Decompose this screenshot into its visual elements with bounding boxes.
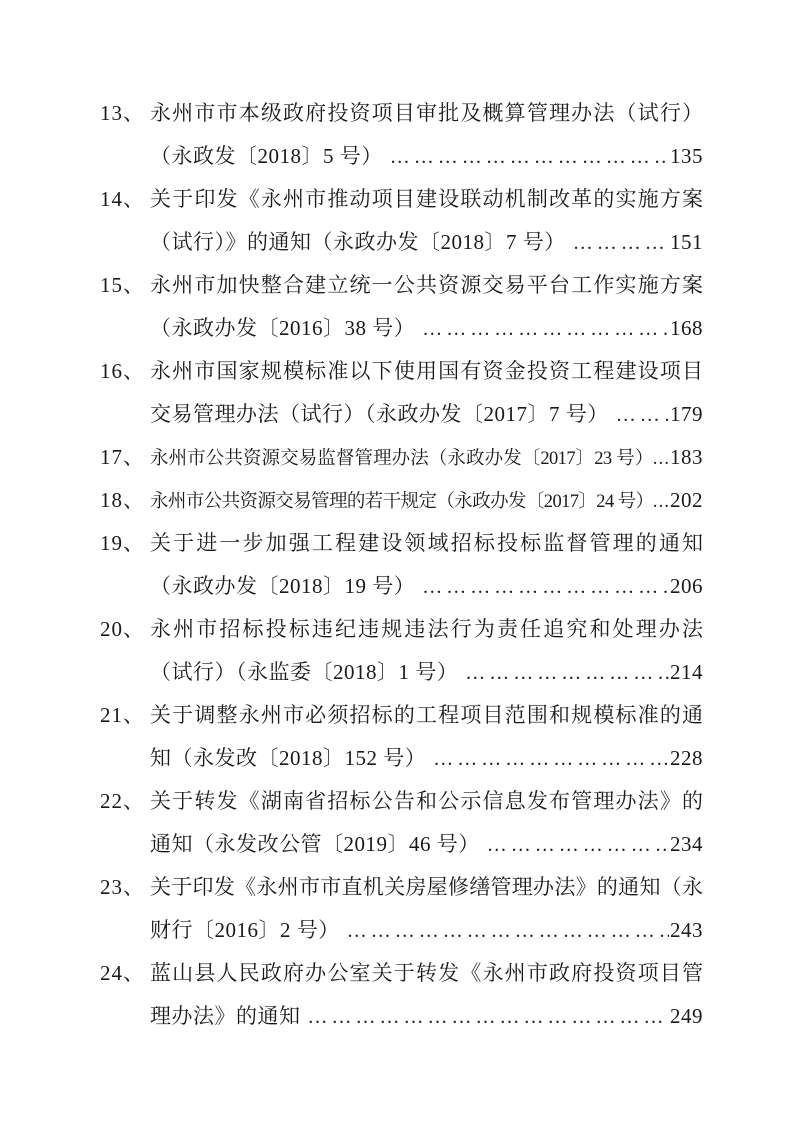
- entry-title: 关于印发《永州市市直机关房屋修缮管理办法》的通知（永: [150, 866, 703, 909]
- entry-title-line: 22、 关于转发《湖南省招标公告和公示信息发布管理办法》的: [100, 780, 703, 823]
- dot-leader: …………………………………………………………………………: [308, 996, 670, 1039]
- entry-page-number: 135: [670, 135, 703, 178]
- dot-leader: …………………………………………………………………………: [616, 394, 669, 437]
- entry-ref-line: 财行〔2016〕2 号） …………………………………………………………………………: [100, 909, 703, 952]
- toc-entry-20: 20、 永州市招标投标违纪违规违法行为责任追究和处理办法 （试行）（永监委〔20…: [100, 608, 703, 694]
- entry-ref-line: 通知（永发改公管〔2019〕46 号） ………………………………………………………: [100, 823, 703, 866]
- entry-title-line: 19、 关于进一步加强工程建设领域招标投标监督管理的通知: [100, 522, 703, 565]
- dot-leader: …………………………………………………………………………: [422, 308, 669, 351]
- entry-single-line: 17、 永州市公共资源交易监督管理办法（永政办发〔2017〕23 号） ... …: [100, 436, 703, 479]
- entry-title: 关于进一步加强工程建设领域招标投标监督管理的通知: [150, 522, 703, 565]
- entry-number: 13、: [100, 92, 150, 135]
- dot-leader: …………………………………………………………………………: [573, 222, 669, 265]
- entry-page-number: 249: [670, 995, 703, 1038]
- entry-doc-number: （试行）（永监委〔2018〕1 号）: [150, 651, 458, 694]
- entry-page-number: 243: [670, 909, 703, 952]
- entry-title: 关于印发《永州市推动项目建设联动机制改革的实施方案: [150, 178, 703, 221]
- entry-title-line: 23、 关于印发《永州市市直机关房屋修缮管理办法》的通知（永: [100, 866, 703, 909]
- entry-page-number: 202: [670, 479, 703, 522]
- toc-entry-24: 24、 蓝山县人民政府办公室关于转发《永州市政府投资项目管 理办法》的通知 ………: [100, 952, 703, 1038]
- entry-title-line: 15、 永州市加快整合建立统一公共资源交易平台工作实施方案: [100, 264, 703, 307]
- toc-entry-23: 23、 关于印发《永州市市直机关房屋修缮管理办法》的通知（永 财行〔2016〕2…: [100, 866, 703, 952]
- entry-page-number: 151: [670, 221, 703, 264]
- entry-title: 永州市加快整合建立统一公共资源交易平台工作实施方案: [150, 264, 703, 307]
- entry-ref-line: （永政办发〔2018〕19 号） ………………………………………………………………: [100, 565, 703, 608]
- entry-ref-line: 理办法》的通知 ………………………………………………………………………… 249: [100, 995, 703, 1038]
- toc-entry-14: 14、 关于印发《永州市推动项目建设联动机制改革的实施方案 （试行）》的通知（永…: [100, 178, 703, 264]
- entry-ref-line: 知（永发改〔2018〕152 号） ……………………………………………………………: [100, 737, 703, 780]
- entry-title-line: 13、 永州市市本级政府投资项目审批及概算管理办法（试行）: [100, 92, 703, 135]
- entry-title: 永州市公共资源交易监督管理办法（永政办发〔2017〕23 号）: [150, 438, 653, 481]
- entry-page-number: 183: [670, 436, 703, 479]
- entry-page-number: 179: [670, 393, 703, 436]
- entry-title: 永州市公共资源交易管理的若干规定（永政办发〔2017〕24 号）: [150, 481, 653, 524]
- entry-page-number: 206: [670, 565, 703, 608]
- entry-doc-number: （永政办发〔2016〕38 号）: [150, 307, 415, 350]
- entry-ref-line: 交易管理办法（试行）（永政办发〔2017〕7 号） ………………………………………: [100, 393, 703, 436]
- entry-page-number: 168: [670, 307, 703, 350]
- toc-entry-18: 18、 永州市公共资源交易管理的若干规定（永政办发〔2017〕24 号） ...…: [100, 479, 703, 522]
- entry-title: 永州市市本级政府投资项目审批及概算管理办法（试行）: [150, 92, 703, 135]
- entry-title: 永州市国家规模标准以下使用国有资金投资工程建设项目: [150, 350, 703, 393]
- entry-title: 关于调整永州市必须招标的工程项目范围和规模标准的通: [150, 694, 703, 737]
- entry-number: 23、: [100, 866, 150, 909]
- entry-number: 17、: [100, 436, 150, 479]
- entry-doc-number: 财行〔2016〕2 号）: [150, 909, 340, 952]
- entry-number: 22、: [100, 780, 150, 823]
- entry-ref-line: （试行）（永监委〔2018〕1 号） …………………………………………………………: [100, 651, 703, 694]
- entry-number: 18、: [100, 479, 150, 522]
- entry-page-number: 228: [670, 737, 703, 780]
- entry-single-line: 18、 永州市公共资源交易管理的若干规定（永政办发〔2017〕24 号） ...…: [100, 479, 703, 522]
- entry-number: 15、: [100, 264, 150, 307]
- entry-number: 19、: [100, 522, 150, 565]
- toc-entry-21: 21、 关于调整永州市必须招标的工程项目范围和规模标准的通 知（永发改〔2018…: [100, 694, 703, 780]
- entry-ref-line: （永政办发〔2016〕38 号） ………………………………………………………………: [100, 307, 703, 350]
- toc-entry-13: 13、 永州市市本级政府投资项目审批及概算管理办法（试行） （永政发〔2018〕…: [100, 92, 703, 178]
- entry-title-line: 16、 永州市国家规模标准以下使用国有资金投资工程建设项目: [100, 350, 703, 393]
- dot-leader: …………………………………………………………………………: [390, 136, 669, 179]
- toc-entry-15: 15、 永州市加快整合建立统一公共资源交易平台工作实施方案 （永政办发〔2016…: [100, 264, 703, 350]
- dot-leader: …………………………………………………………………………: [433, 738, 669, 781]
- entry-doc-number: 通知（永发改公管〔2019〕46 号）: [150, 823, 480, 866]
- dot-leader: ...: [653, 480, 670, 523]
- entry-doc-number: 理办法》的通知: [150, 995, 301, 1038]
- toc-entry-17: 17、 永州市公共资源交易监督管理办法（永政办发〔2017〕23 号） ... …: [100, 436, 703, 479]
- dot-leader: …………………………………………………………………………: [347, 910, 669, 953]
- entry-page-number: 214: [670, 651, 703, 694]
- dot-leader: …………………………………………………………………………: [465, 652, 669, 695]
- entry-ref-line: （试行）》的通知（永政办发〔2018〕7 号） ……………………………………………: [100, 221, 703, 264]
- entry-doc-number: （永政办发〔2018〕19 号）: [150, 565, 415, 608]
- entry-ref-line: （永政发〔2018〕5 号） ……………………………………………………………………: [100, 135, 703, 178]
- table-of-contents: 13、 永州市市本级政府投资项目审批及概算管理办法（试行） （永政发〔2018〕…: [100, 92, 703, 1038]
- entry-number: 16、: [100, 350, 150, 393]
- entry-number: 24、: [100, 952, 150, 995]
- entry-title-line: 21、 关于调整永州市必须招标的工程项目范围和规模标准的通: [100, 694, 703, 737]
- dot-leader: ...: [653, 437, 670, 480]
- entry-page-number: 234: [670, 823, 703, 866]
- toc-entry-19: 19、 关于进一步加强工程建设领域招标投标监督管理的通知 （永政办发〔2018〕…: [100, 522, 703, 608]
- entry-title: 永州市招标投标违纪违规违法行为责任追究和处理办法: [150, 608, 703, 651]
- dot-leader: …………………………………………………………………………: [487, 824, 669, 867]
- entry-title-line: 20、 永州市招标投标违纪违规违法行为责任追究和处理办法: [100, 608, 703, 651]
- toc-entry-16: 16、 永州市国家规模标准以下使用国有资金投资工程建设项目 交易管理办法（试行）…: [100, 350, 703, 436]
- entry-title-line: 24、 蓝山县人民政府办公室关于转发《永州市政府投资项目管: [100, 952, 703, 995]
- entry-title: 蓝山县人民政府办公室关于转发《永州市政府投资项目管: [150, 952, 703, 995]
- entry-number: 20、: [100, 608, 150, 651]
- entry-title: 关于转发《湖南省招标公告和公示信息发布管理办法》的: [150, 780, 703, 823]
- entry-doc-number: 知（永发改〔2018〕152 号）: [150, 737, 426, 780]
- entry-doc-number: （试行）》的通知（永政办发〔2018〕7 号）: [150, 221, 566, 264]
- entry-doc-number: 交易管理办法（试行）（永政办发〔2017〕7 号）: [150, 393, 609, 436]
- entry-number: 21、: [100, 694, 150, 737]
- toc-entry-22: 22、 关于转发《湖南省招标公告和公示信息发布管理办法》的 通知（永发改公管〔2…: [100, 780, 703, 866]
- entry-number: 14、: [100, 178, 150, 221]
- dot-leader: …………………………………………………………………………: [422, 566, 669, 609]
- entry-doc-number: （永政发〔2018〕5 号）: [150, 135, 383, 178]
- entry-title-line: 14、 关于印发《永州市推动项目建设联动机制改革的实施方案: [100, 178, 703, 221]
- document-page: 13、 永州市市本级政府投资项目审批及概算管理办法（试行） （永政发〔2018〕…: [0, 0, 793, 1122]
